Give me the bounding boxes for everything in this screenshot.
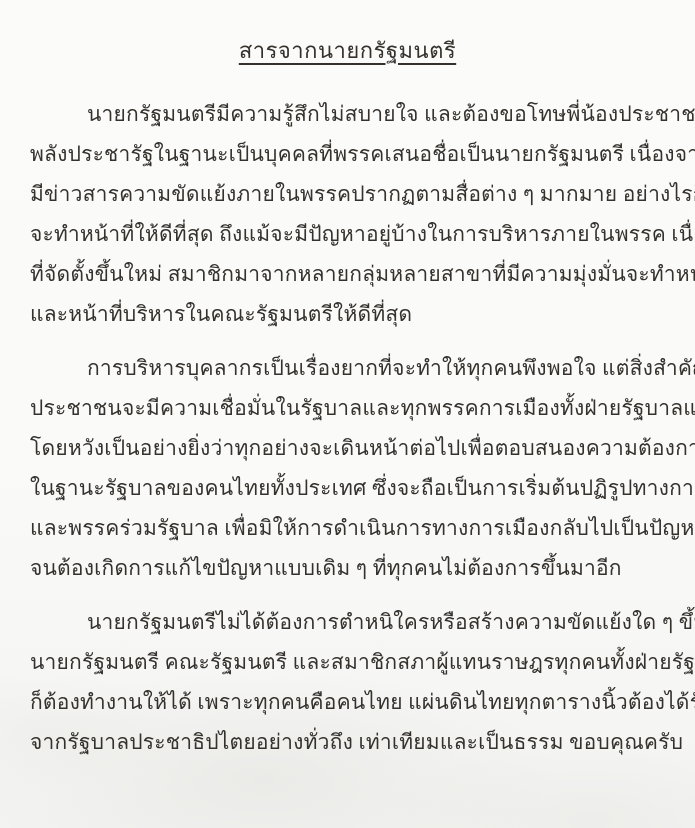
text-line: และหน้าที่บริหารในคณะรัฐมนตรีให้ดีที่สุด bbox=[30, 294, 665, 334]
text-line: ที่จัดตั้งขึ้นใหม่ สมาชิกมาจากหลายกลุ่มห… bbox=[30, 254, 665, 294]
text-line: โดยหวังเป็นอย่างยิ่งว่าทุกอย่างจะเดินหน้… bbox=[30, 428, 665, 468]
text-line: ก็ต้องทำงานให้ได้ เพราะทุกคนคือคนไทย แผ่… bbox=[30, 682, 665, 722]
text-line: พลังประชารัฐในฐานะเป็นบุคคลที่พรรคเสนอชื… bbox=[30, 134, 665, 174]
scanned-document-page: สารจากนายกรัฐมนตรี นายกรัฐมนตรีมีความรู้… bbox=[0, 0, 695, 828]
paragraph-2: การบริหารบุคลากรเป็นเรื่องยากที่จะทำให้ท… bbox=[30, 348, 665, 588]
text-line: จนต้องเกิดการแก้ไขปัญหาแบบเดิม ๆ ที่ทุกค… bbox=[30, 548, 665, 588]
text-line: และพรรคร่วมรัฐบาล เพื่อมิให้การดำเนินการ… bbox=[30, 508, 665, 548]
text-line: จะทำหน้าที่ให้ดีที่สุด ถึงแม้จะมีปัญหาอย… bbox=[30, 214, 665, 254]
text-line: จากรัฐบาลประชาธิปไตยอย่างทั่วถึง เท่าเที… bbox=[30, 722, 665, 762]
text-line: ในฐานะรัฐบาลของคนไทยทั้งประเทศ ซึ่งจะถือ… bbox=[30, 468, 665, 508]
text-line: ประชาชนจะมีความเชื่อมั่นในรัฐบาลและทุกพร… bbox=[30, 388, 665, 428]
text-line: นายกรัฐมนตรี คณะรัฐมนตรี และสมาชิกสภาผู้… bbox=[30, 642, 665, 682]
text-line: นายกรัฐมนตรีไม่ได้ต้องการตำหนิใครหรือสร้… bbox=[30, 602, 665, 642]
document-title: สารจากนายกรัฐมนตรี bbox=[0, 33, 695, 68]
paragraph-1: นายกรัฐมนตรีมีความรู้สึกไม่สบายใจ และต้อ… bbox=[30, 94, 665, 334]
text-line: การบริหารบุคลากรเป็นเรื่องยากที่จะทำให้ท… bbox=[30, 348, 665, 388]
text-line: นายกรัฐมนตรีมีความรู้สึกไม่สบายใจ และต้อ… bbox=[30, 94, 665, 134]
text-line: มีข่าวสารความขัดแย้งภายในพรรคปรากฏตามสื่… bbox=[30, 174, 665, 214]
document-body: นายกรัฐมนตรีมีความรู้สึกไม่สบายใจ และต้อ… bbox=[30, 94, 665, 762]
paragraph-3: นายกรัฐมนตรีไม่ได้ต้องการตำหนิใครหรือสร้… bbox=[30, 602, 665, 762]
